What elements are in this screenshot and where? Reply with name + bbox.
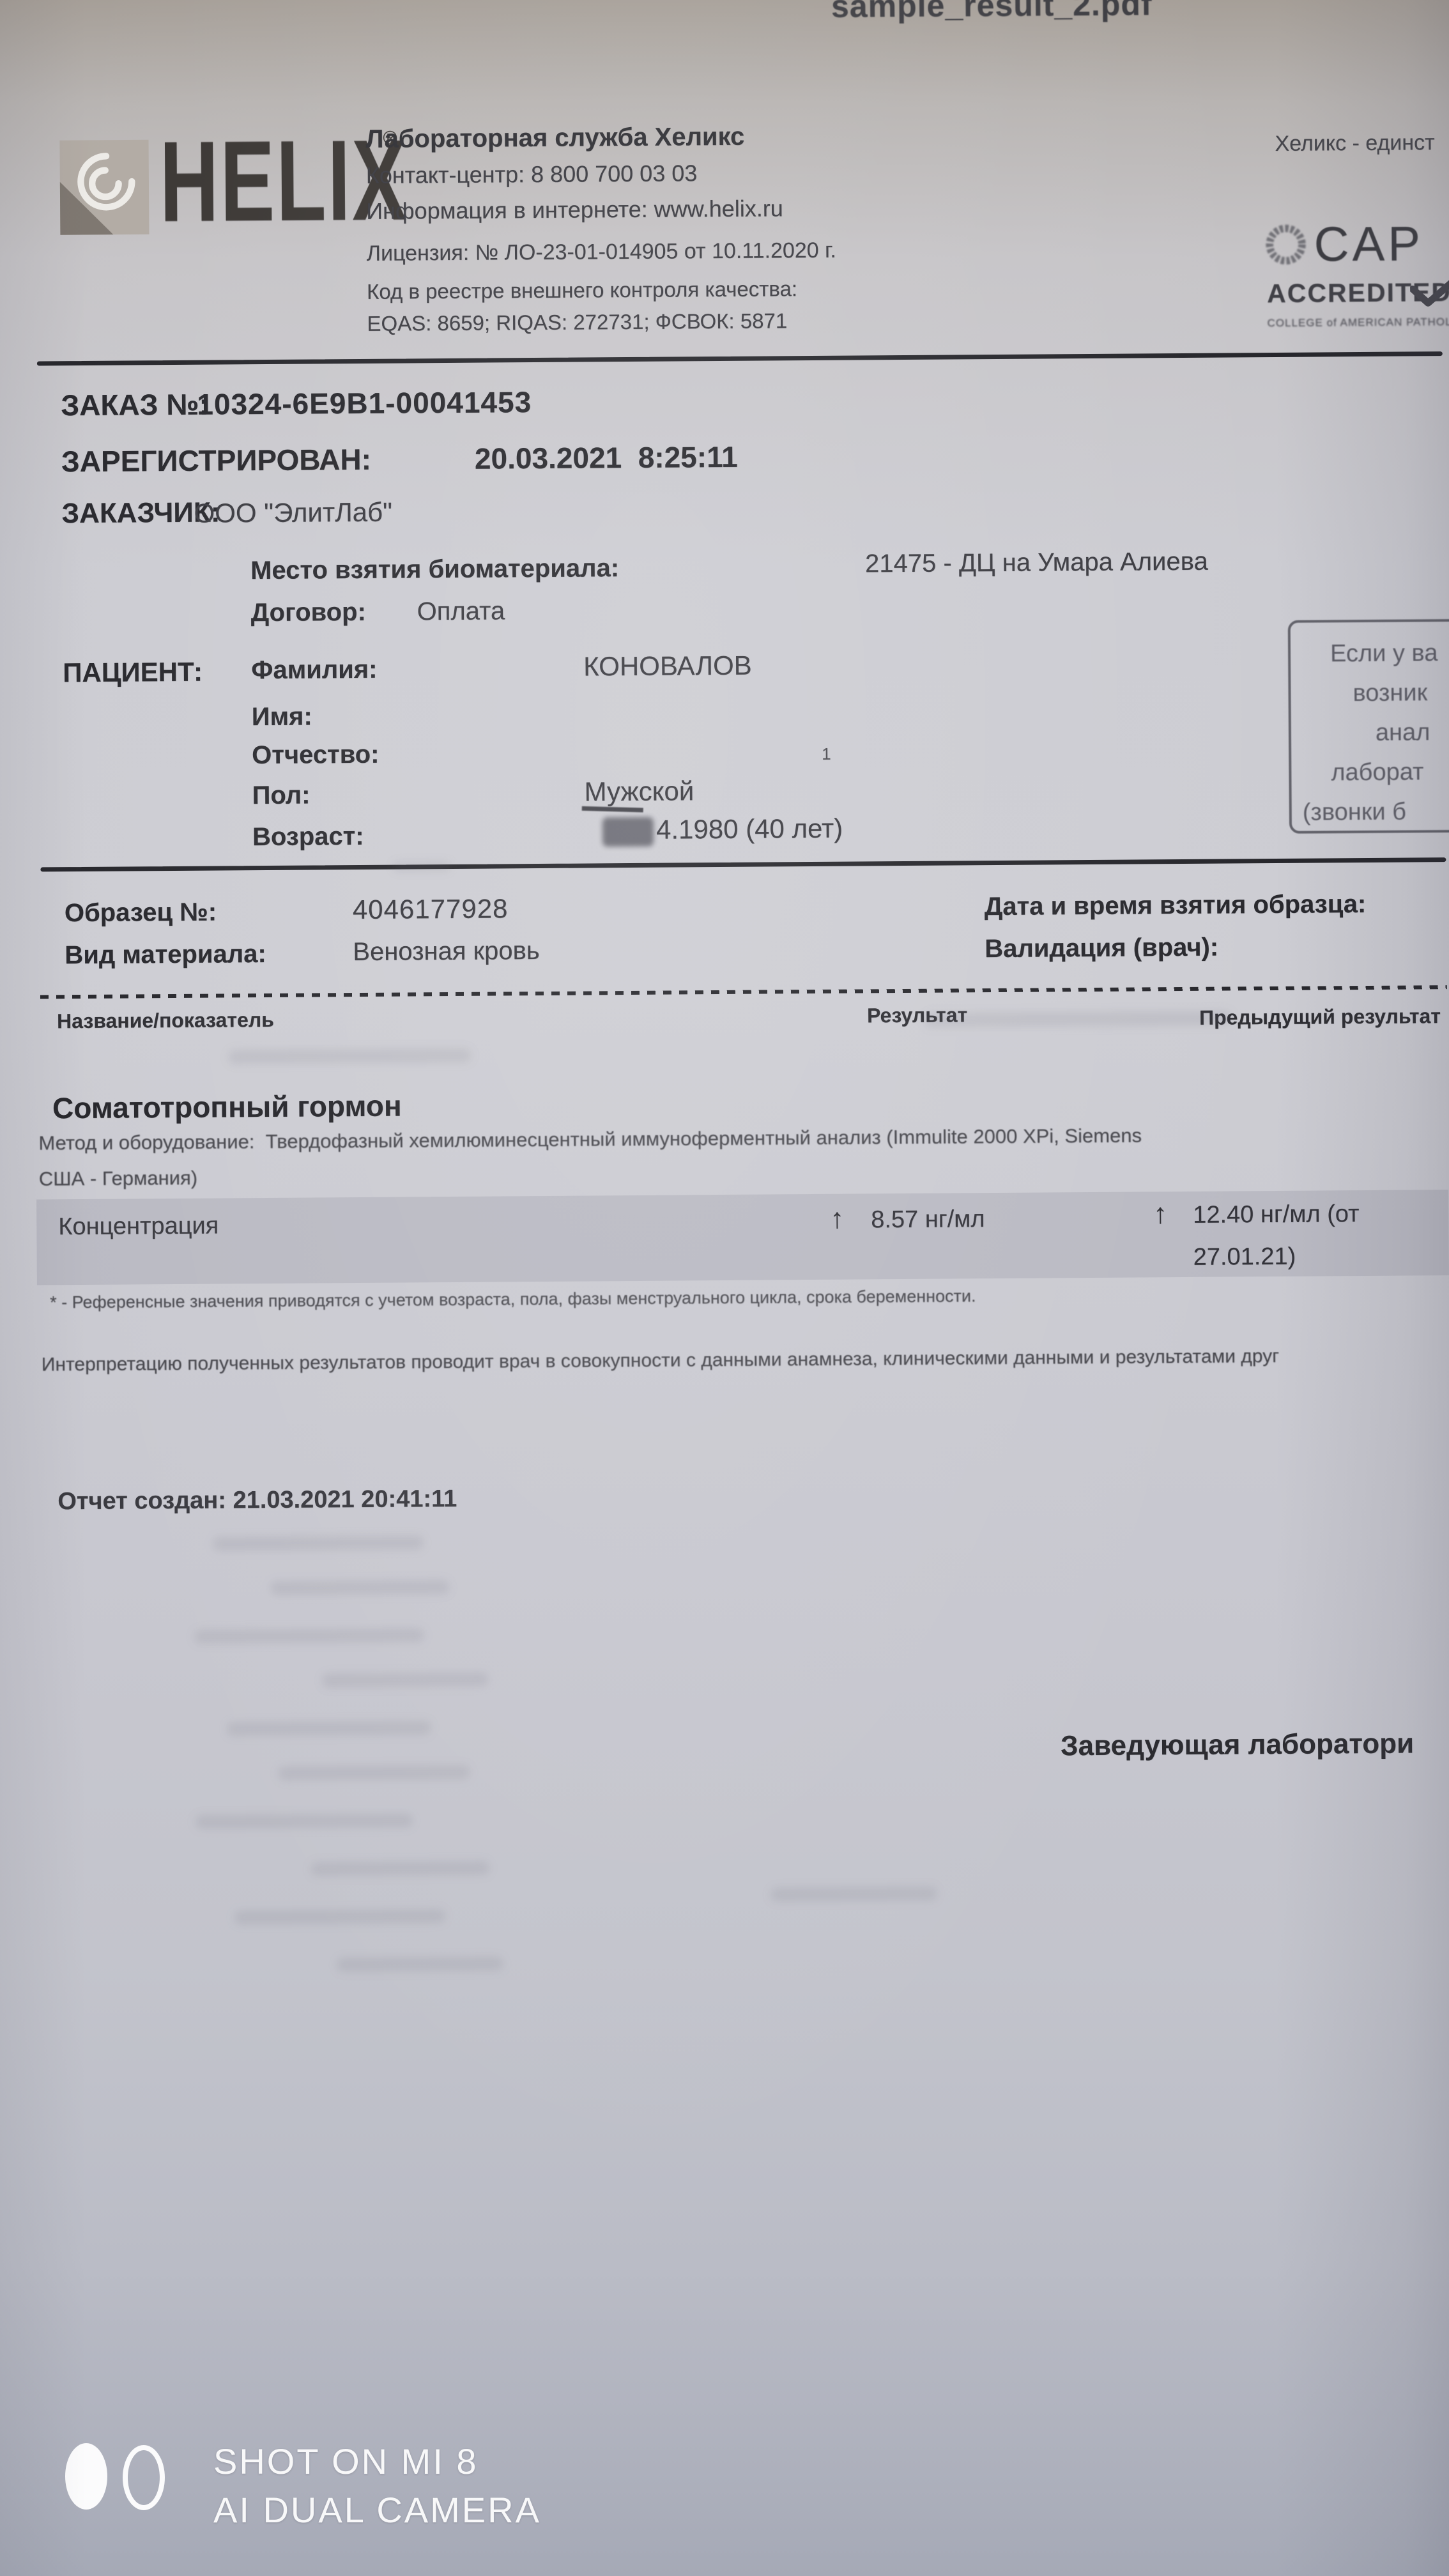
callout-line: возник <box>1353 679 1427 707</box>
dotted-separator-line <box>40 985 1447 999</box>
age-label: Возраст: <box>252 822 364 852</box>
registered-label: ЗАРЕГИСТРИРОВАН: <box>61 442 371 479</box>
bleed-through-smudge <box>270 1580 449 1595</box>
sample-number-value: 4046177928 <box>353 893 509 925</box>
watermark-filled-circle-icon <box>65 2443 107 2510</box>
test-group-title: Соматотропный гормон <box>52 1089 402 1126</box>
material-label: Вид материала: <box>65 940 266 970</box>
camera-watermark-line1: SHOT ON MI 8 <box>213 2441 479 2482</box>
website-info: Информация в интернете: www.helix.ru <box>366 195 783 225</box>
result-value: 8.57 нг/мл <box>871 1206 985 1234</box>
biomaterial-site-label: Место взятия биоматериала: <box>250 554 619 585</box>
bleed-through-smudge <box>337 1956 503 1972</box>
analyte-name: Концентрация <box>58 1213 218 1241</box>
bleed-through-smudge <box>227 1721 431 1736</box>
photo-of-lab-report: { "photo": { "filename": "sample_result_… <box>0 0 1449 2576</box>
stray-print-mark: 1 <box>822 744 831 764</box>
age-value: 4.1980 (40 лет) <box>656 813 843 845</box>
report-created-timestamp: Отчет создан: 21.03.2021 20:41:11 <box>57 1485 457 1515</box>
header-separator-line <box>37 351 1443 365</box>
bleed-through-smudge <box>213 1535 424 1551</box>
bleed-through-smudge <box>771 1887 937 1902</box>
license-number: Лицензия: № ЛО-23-01-014905 от 10.11.202… <box>367 238 836 266</box>
sample-datetime-label: Дата и время взятия образца: <box>985 890 1367 921</box>
printed-pdf-filename: sample_result_2.pdf <box>831 0 1153 25</box>
patronymic-label: Отчество: <box>252 740 379 770</box>
bleed-through-smudge <box>924 1011 1231 1027</box>
previous-result-value: 12.40 нг/мл (от <box>1193 1200 1360 1229</box>
callout-line: лаборат <box>1331 758 1423 786</box>
watermark-outline-circle-icon <box>123 2445 165 2510</box>
bleed-through-smudge <box>228 1048 471 1064</box>
callout-line: анал <box>1376 719 1430 747</box>
bleed-through-smudge <box>194 1628 424 1644</box>
lab-report-page: sample_result_2.pdf HELIX ® Лабораторная… <box>0 0 1449 2576</box>
surname-value: КОНОВАЛОВ <box>583 650 752 682</box>
previous-high-flag-icon: ↑ <box>1153 1198 1167 1230</box>
contract-label: Договор: <box>250 598 366 627</box>
contact-center: Контакт-центр: 8 800 700 03 03 <box>366 160 698 189</box>
interpretation-note: Интерпретацию полученных результатов про… <box>42 1345 1279 1376</box>
column-header-name: Название/показатель <box>57 1008 274 1033</box>
bleed-through-smudge <box>195 1813 413 1828</box>
qc-codes: EQAS: 8659; RIQAS: 272731; ФСВОК: 5871 <box>367 309 787 336</box>
order-number-label: ЗАКАЗ №: <box>61 387 209 423</box>
redaction-smudge <box>602 817 654 847</box>
helix-logo-icon <box>57 129 153 243</box>
cap-checkmark-icon <box>1410 270 1449 309</box>
bleed-through-smudge <box>322 1673 488 1688</box>
bleed-through-smudge <box>393 862 450 871</box>
qc-registry-label: Код в реестре внешнего контроля качества… <box>367 277 797 304</box>
contract-value: Оплата <box>417 597 505 626</box>
high-flag-icon: ↑ <box>830 1203 844 1235</box>
customer-value: ООО "ЭлитЛаб" <box>194 497 392 529</box>
signature-title: Заведующая лаборатори <box>1061 1728 1414 1762</box>
bleed-through-smudge <box>310 1861 489 1876</box>
org-name: Лабораторная служба Хеликс <box>365 123 744 154</box>
surname-label: Фамилия: <box>251 655 378 685</box>
reference-footnote: * - Референсные значения приводятся с уч… <box>50 1286 976 1312</box>
validation-label: Валидация (врач): <box>985 933 1218 964</box>
registered-value: 20.03.2021 8:25:11 <box>475 440 738 476</box>
previous-result-date: 27.01.21) <box>1193 1243 1296 1271</box>
callout-line: Если у ва <box>1330 640 1438 668</box>
firstname-label: Имя: <box>252 702 312 732</box>
pen-underline-mark <box>582 806 643 813</box>
sex-label: Пол: <box>252 781 310 811</box>
sex-value: Мужской <box>584 776 694 807</box>
slogan-fragment: Хеликс - единст <box>1275 130 1434 157</box>
patient-separator-line <box>40 857 1446 871</box>
camera-watermark-line2: AI DUAL CAMERA <box>213 2489 541 2531</box>
patient-section-label: ПАЦИЕНТ: <box>63 657 203 689</box>
order-number-value: 10324-6E9B1-00041453 <box>197 385 532 422</box>
callout-line: (звонки б <box>1303 799 1406 827</box>
method-line2: США - Германия) <box>39 1167 198 1191</box>
material-value: Венозная кровь <box>353 937 540 967</box>
method-line1: Метод и оборудование: Твердофазный хемил… <box>38 1124 1142 1154</box>
bleed-through-smudge <box>234 1909 445 1924</box>
cap-subtext: COLLEGE of AMERICAN PATHOLOGISTS <box>1267 316 1449 330</box>
cap-logo-word: CAP <box>1314 216 1423 272</box>
cap-leaf-icon <box>1265 221 1307 268</box>
sample-number-label: Образец №: <box>65 898 217 928</box>
bleed-through-smudge <box>278 1765 470 1781</box>
callout-box: Если у ва возник анал лаборат (звонки б <box>1288 618 1449 833</box>
biomaterial-site-value: 21475 - ДЦ на Умара Алиева <box>865 548 1208 579</box>
